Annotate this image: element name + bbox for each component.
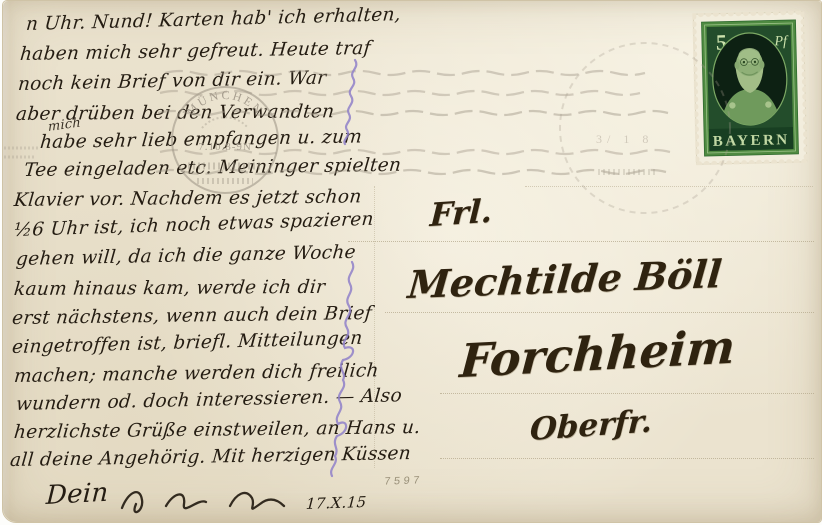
message-date: 17.X.15 — [305, 495, 367, 512]
address-rule-3 — [385, 312, 814, 313]
message-line: kaum hinaus kam, werde ich dir — [13, 279, 326, 300]
message-line: Klavier vor. Nachdem es jetzt schon — [13, 188, 362, 210]
stamp-country: BAYERN — [713, 132, 790, 150]
postcard-scan: n Uhr. Nund! Karten hab' ich erhalten, h… — [0, 0, 822, 525]
message-signoff: Dein — [45, 480, 109, 509]
address-rule-4 — [440, 393, 814, 394]
printed-card-number: 7597 — [383, 475, 423, 488]
address-salutation: Frl. — [429, 192, 493, 235]
stamp-image: 5 Pf BAYERN — [692, 11, 807, 166]
bayern-stamp: 5 Pf BAYERN — [692, 11, 807, 166]
address-rule-1 — [525, 186, 813, 187]
address-rule-2 — [348, 241, 814, 242]
address-rule-5 — [440, 458, 814, 459]
